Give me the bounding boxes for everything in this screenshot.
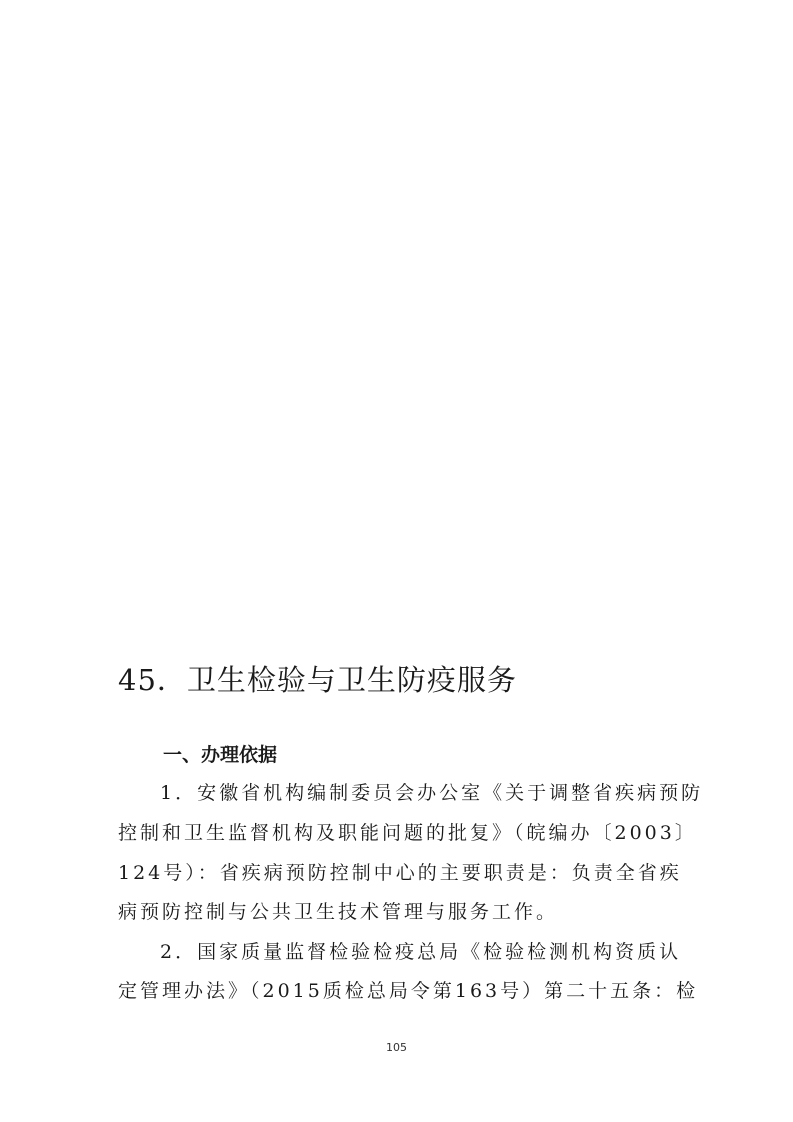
paragraph-line: 定管理办法》（2015质检总局令第163号）第二十五条：检 xyxy=(118,976,698,1006)
paragraph-line: 2．国家质量监督检验检疫总局《检验检测机构资质认 xyxy=(160,937,681,967)
paragraph-line: 124号）：省疾病预防控制中心的主要职责是：负责全省疾 xyxy=(118,858,682,888)
paragraph-line: 控制和卫生监督机构及职能问题的批复》（皖编办〔2003〕 xyxy=(118,818,697,848)
document-title: 45．卫生检验与卫生防疫服务 xyxy=(118,660,517,700)
section-heading: 一、办理依据 xyxy=(163,740,277,770)
document-page: 45．卫生检验与卫生防疫服务 一、办理依据 1．安徽省机构编制委员会办公室《关于… xyxy=(0,0,793,1122)
page-number: 105 xyxy=(0,1041,793,1055)
paragraph-line: 病预防控制与公共卫生技术管理与服务工作。 xyxy=(118,897,558,927)
paragraph-line: 1．安徽省机构编制委员会办公室《关于调整省疾病预防 xyxy=(160,778,703,808)
